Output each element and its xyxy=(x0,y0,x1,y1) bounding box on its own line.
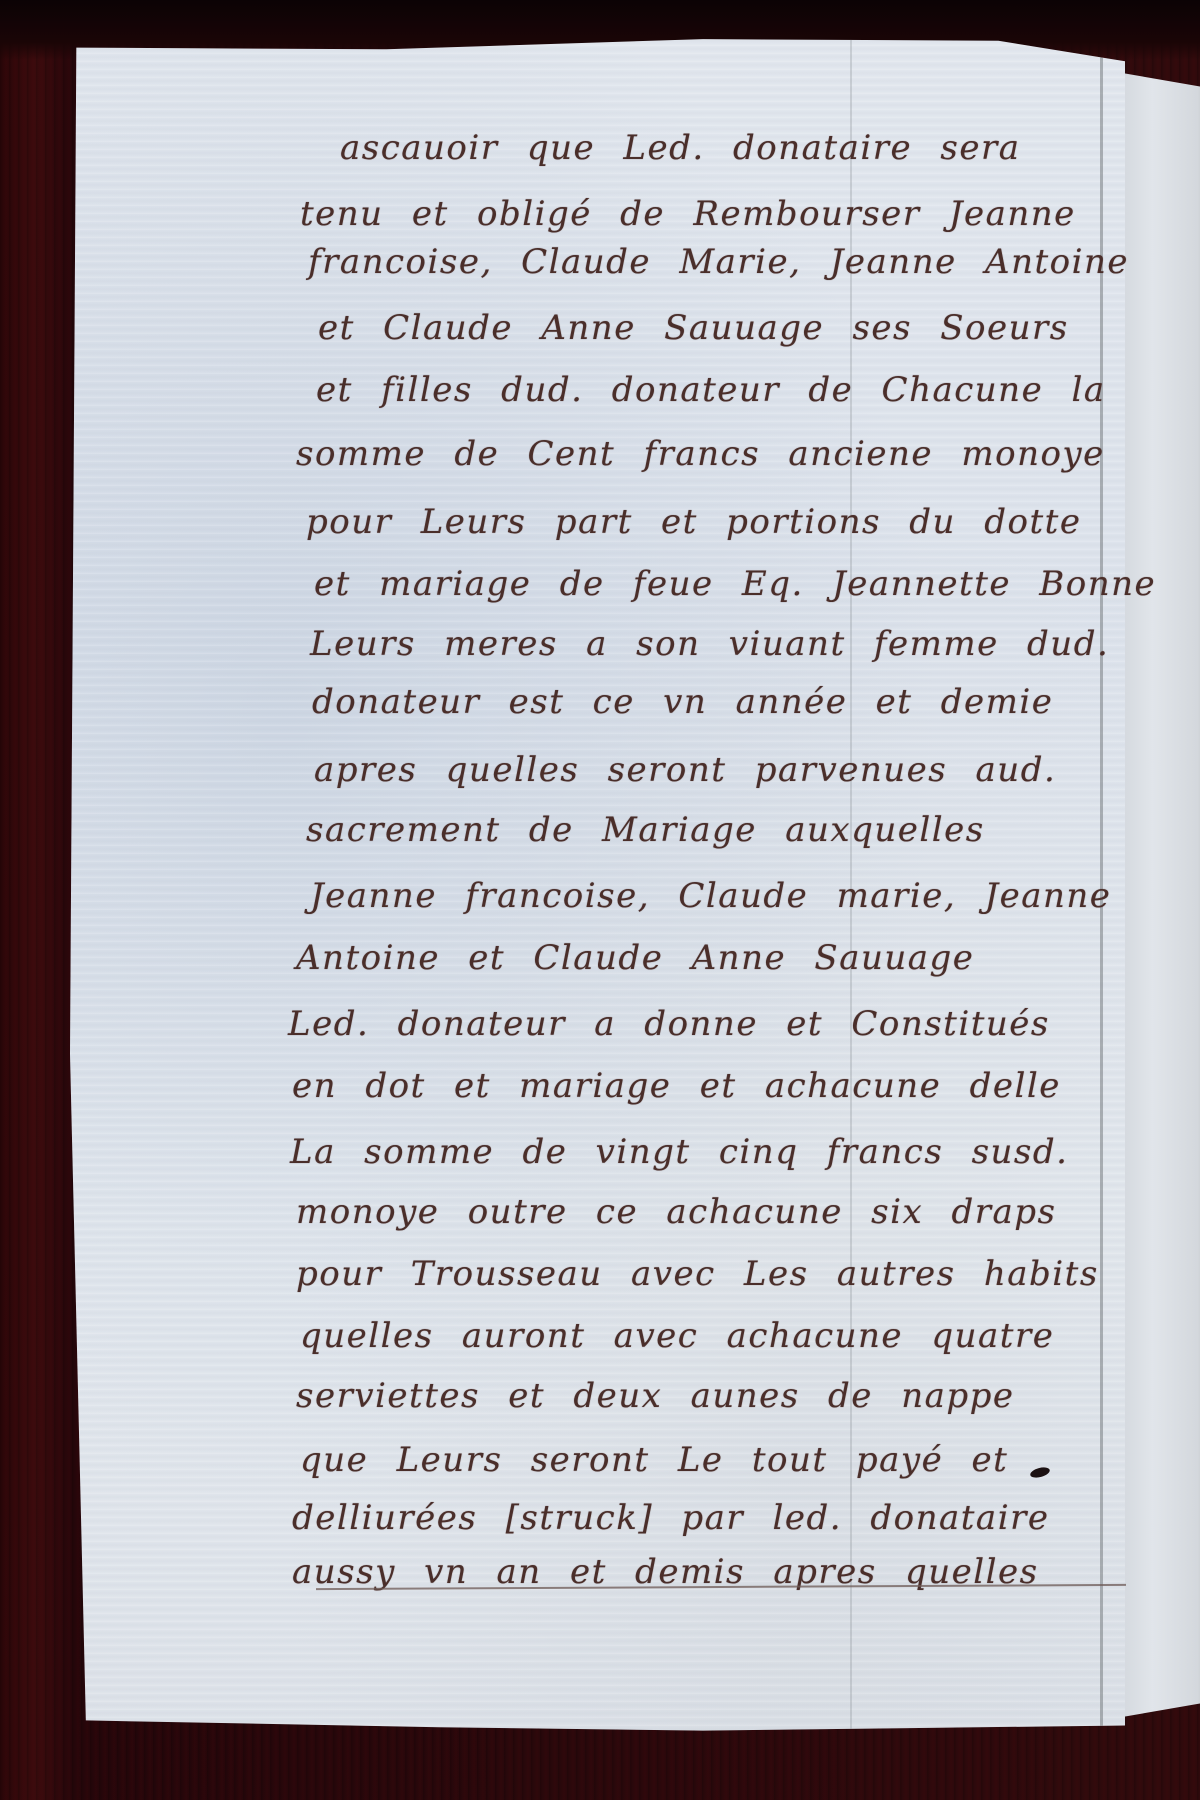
manuscript-line-1: ascauoir que Led. donataire sera xyxy=(340,118,1170,178)
manuscript-line-20: quelles auront avec achacune quatre xyxy=(300,1306,1130,1366)
manuscript-line-6: somme de Cent francs anciene monoye xyxy=(296,424,1126,484)
manuscript-line-9: Leurs meres a son viuant femme dud. xyxy=(310,614,1140,674)
manuscript-line-12: sacrement de Mariage auxquelles xyxy=(306,800,1136,860)
manuscript-line-5: et filles dud. donateur de Chacune la xyxy=(316,360,1146,420)
manuscript-line-18: monoye outre ce achacune six draps xyxy=(296,1182,1126,1242)
manuscript-line-13: Jeanne francoise, Claude marie, Jeanne xyxy=(310,866,1140,926)
manuscript-line-15: Led. donateur a donne et Constitués xyxy=(288,994,1118,1054)
manuscript-line-7: pour Leurs part et portions du dotte xyxy=(306,492,1136,552)
manuscript-line-24: aussy vn an et demis apres quelles xyxy=(292,1542,1122,1602)
manuscript-line-22: que Leurs seront Le tout payé et xyxy=(300,1430,1130,1490)
manuscript-line-14: Antoine et Claude Anne Sauuage xyxy=(296,928,1126,988)
manuscript-line-17: La somme de vingt cinq francs susd. xyxy=(290,1122,1120,1182)
manuscript-line-23: delliurées [struck] par led. donataire xyxy=(292,1488,1122,1548)
manuscript-line-10: donateur est ce vn année et demie xyxy=(312,672,1142,732)
manuscript-line-4: et Claude Anne Sauuage ses Soeurs xyxy=(318,298,1148,358)
manuscript-line-19: pour Trousseau avec Les autres habits xyxy=(296,1244,1126,1304)
manuscript-line-8: et mariage de feue Eq. Jeannette Bonne xyxy=(314,554,1144,614)
manuscript-line-11: apres quelles seront parvenues aud. xyxy=(314,740,1144,800)
manuscript-line-21: serviettes et deux aunes de nappe xyxy=(296,1366,1126,1426)
manuscript-line-16: en dot et mariage et achacune delle xyxy=(292,1056,1122,1116)
manuscript-line-3: francoise, Claude Marie, Jeanne Antoine xyxy=(308,232,1138,292)
